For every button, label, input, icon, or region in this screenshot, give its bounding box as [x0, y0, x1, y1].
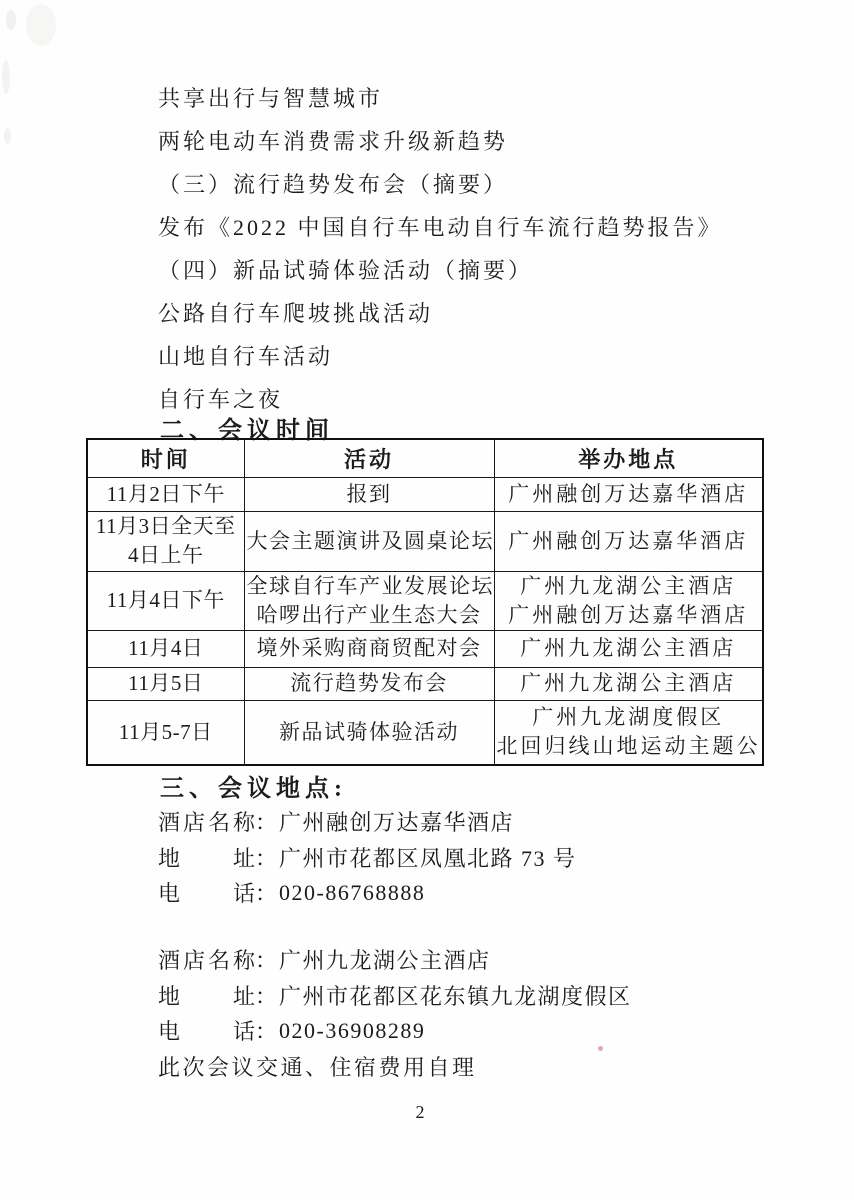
scan-speck [2, 60, 10, 94]
meeting-schedule-table: 时间活动举办地点11月2日下午报到广州融创万达嘉华酒店11月3日全天至4日上午大… [86, 438, 764, 766]
intro-line: （三）流行趋势发布会（摘要） [158, 163, 723, 206]
field-value: 020-86768888 [279, 880, 425, 906]
intro-line: 共享出行与智慧城市 [158, 77, 723, 120]
section-heading-meeting-location: 三、会议地点: [160, 768, 347, 803]
cell-time: 11月2日下午 [87, 477, 244, 511]
intro-line: （四）新品试骑体验活动（摘要） [158, 249, 723, 292]
field-label: 地址 [158, 842, 255, 873]
cell-time: 11月4日 [87, 630, 244, 667]
field-colon: ： [255, 842, 279, 873]
intro-line: 两轮电动车消费需求升级新趋势 [158, 120, 723, 163]
cell-location: 广州融创万达嘉华酒店 [494, 511, 763, 571]
field-value: 广州市花都区花东镇九龙湖度假区 [279, 980, 632, 1011]
page-number: 2 [408, 1102, 432, 1123]
table-row: 11月3日全天至4日上午大会主题演讲及圆桌论坛广州融创万达嘉华酒店 [87, 511, 763, 571]
field-label: 酒店名称 [158, 944, 255, 975]
field-label: 电话 [158, 877, 255, 908]
field-colon: ： [255, 806, 279, 837]
intro-line: 山地自行车活动 [158, 335, 723, 378]
column-header-location: 举办地点 [494, 439, 763, 477]
scan-speck [6, 10, 16, 30]
hotel-name-line: 酒店名称：广州九龙湖公主酒店 [158, 942, 632, 978]
hotel-address-line: 地址：广州市花都区花东镇九龙湖度假区 [158, 978, 632, 1014]
hotel-phone-line: 电话：020-86768888 [158, 875, 577, 911]
field-label: 酒店名称 [158, 806, 255, 837]
cell-activity: 新品试骑体验活动 [244, 700, 494, 765]
table-row: 11月4日境外采购商商贸配对会广州九龙湖公主酒店 [87, 630, 763, 667]
column-header-time: 时间 [87, 439, 244, 477]
field-value: 广州九龙湖公主酒店 [279, 944, 491, 975]
table-row: 11月5日流行趋势发布会广州九龙湖公主酒店 [87, 667, 763, 700]
scanned-document-page: 共享出行与智慧城市两轮电动车消费需求升级新趋势（三）流行趋势发布会（摘要）发布《… [0, 0, 854, 1200]
fees-note: 此次会议交通、住宿费用自理 [158, 1050, 477, 1086]
cell-time: 11月4日下午 [87, 571, 244, 630]
cell-location: 广州融创万达嘉华酒店 [494, 477, 763, 511]
cell-location: 广州九龙湖公主酒店 [494, 667, 763, 700]
cell-time: 11月5日 [87, 667, 244, 700]
scan-speck [26, 4, 56, 46]
field-label: 地址 [158, 980, 255, 1011]
table-row: 11月4日下午全球自行车产业发展论坛哈啰出行产业生态大会广州九龙湖公主酒店广州融… [87, 571, 763, 630]
cell-activity: 流行趋势发布会 [244, 667, 494, 700]
hotel-phone-line: 电话：020-36908289 [158, 1013, 632, 1049]
cell-time: 11月5-7日 [87, 700, 244, 765]
field-value: 广州市花都区凤凰北路 73 号 [279, 842, 577, 873]
cell-location: 广州九龙湖公主酒店广州融创万达嘉华酒店 [494, 571, 763, 630]
cell-location: 广州九龙湖度假区北回归线山地运动主题公园 [494, 700, 763, 765]
field-colon: ： [255, 980, 279, 1011]
hotel-block: 酒店名称：广州九龙湖公主酒店地址：广州市花都区花东镇九龙湖度假区电话：020-3… [158, 942, 632, 1049]
column-header-activity: 活动 [244, 439, 494, 477]
field-label: 电话 [158, 1015, 255, 1046]
hotel-name-line: 酒店名称：广州融创万达嘉华酒店 [158, 804, 577, 840]
field-value: 020-36908289 [279, 1018, 425, 1044]
cell-activity: 境外采购商商贸配对会 [244, 630, 494, 667]
field-colon: ： [255, 1015, 279, 1046]
cell-time: 11月3日全天至4日上午 [87, 511, 244, 571]
hotel-address-line: 地址：广州市花都区凤凰北路 73 号 [158, 840, 577, 876]
table-row: 11月2日下午报到广州融创万达嘉华酒店 [87, 477, 763, 511]
hotel-block: 酒店名称：广州融创万达嘉华酒店地址：广州市花都区凤凰北路 73 号电话：020-… [158, 804, 577, 911]
cell-activity: 报到 [244, 477, 494, 511]
cell-location: 广州九龙湖公主酒店 [494, 630, 763, 667]
field-colon: ： [255, 944, 279, 975]
intro-list: 共享出行与智慧城市两轮电动车消费需求升级新趋势（三）流行趋势发布会（摘要）发布《… [158, 77, 723, 421]
field-value: 广州融创万达嘉华酒店 [279, 806, 514, 837]
cell-activity: 全球自行车产业发展论坛哈啰出行产业生态大会 [244, 571, 494, 630]
scan-speck [4, 128, 11, 144]
cell-activity: 大会主题演讲及圆桌论坛 [244, 511, 494, 571]
intro-line: 发布《2022 中国自行车电动自行车流行趋势报告》 [158, 206, 723, 249]
table-row: 11月5-7日新品试骑体验活动广州九龙湖度假区北回归线山地运动主题公园 [87, 700, 763, 765]
intro-line: 公路自行车爬坡挑战活动 [158, 292, 723, 335]
field-colon: ： [255, 877, 279, 908]
table-header-row: 时间活动举办地点 [87, 439, 763, 477]
